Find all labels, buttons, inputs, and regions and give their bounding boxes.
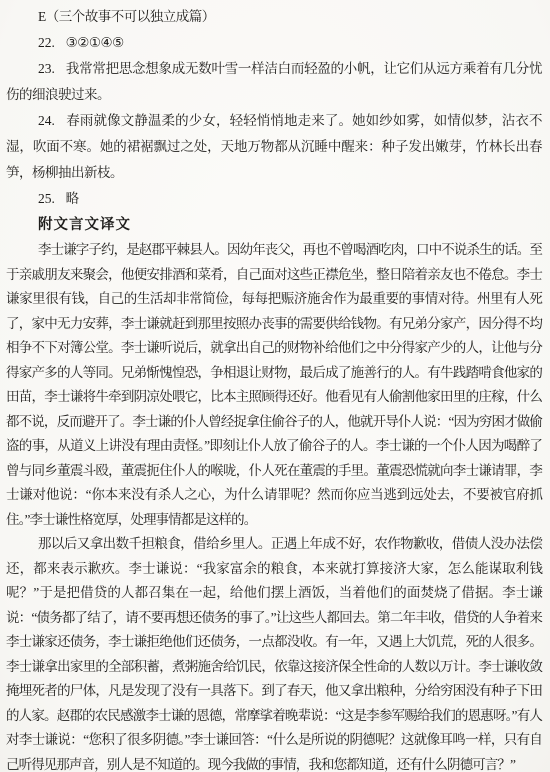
translation-paragraph-1: 李士谦字子约，是赵郡平棘县人。因幼年丧父，再也不曾喝酒吃肉，口中不说杀生的话。至… [6,238,542,532]
translation-heading: 附文言文译文 [6,212,542,238]
answer-line-23: 23.我常常把思念想象成无数叶雪一样洁白而轻盈的小帆，让它们从远方乘着有几分忧伤… [6,56,542,108]
answer-text: 春雨就像文静温柔的少女，轻轻悄悄地走来了。她如纱如雾，如情似梦，沾衣不湿，吹面不… [6,113,542,180]
answer-text: 我常常把思念想象成无数叶雪一样洁白而轻盈的小帆，让它们从远方乘着有几分忧伤的细浪… [6,61,542,102]
answer-number: 23. [38,61,55,76]
answer-line-22: 22.③②①④⑤ [6,30,542,56]
answer-text: 略 [66,191,79,206]
translation-paragraph-2: 那以后又拿出数千担粮食，借给乡里人。正遇上年成不好，农作物歉收，借债人没办法偿还… [6,532,542,772]
answer-number: 22. [38,35,55,50]
answer-number: 25. [38,191,55,206]
answer-line-25: 25.略 [6,186,542,212]
answer-line-24: 24.春雨就像文静温柔的少女，轻轻悄悄地走来了。她如纱如雾，如情似梦，沾衣不湿，… [6,108,542,186]
scanned-answer-page: E（三个故事不可以独立成篇） 22.③②①④⑤ 23.我常常把思念想象成无数叶雪… [0,0,550,772]
answer-text: E（三个故事不可以独立成篇） [38,9,215,24]
answer-text: ③②①④⑤ [66,35,124,50]
answer-line-e: E（三个故事不可以独立成篇） [6,4,542,30]
answer-number: 24. [38,113,55,128]
